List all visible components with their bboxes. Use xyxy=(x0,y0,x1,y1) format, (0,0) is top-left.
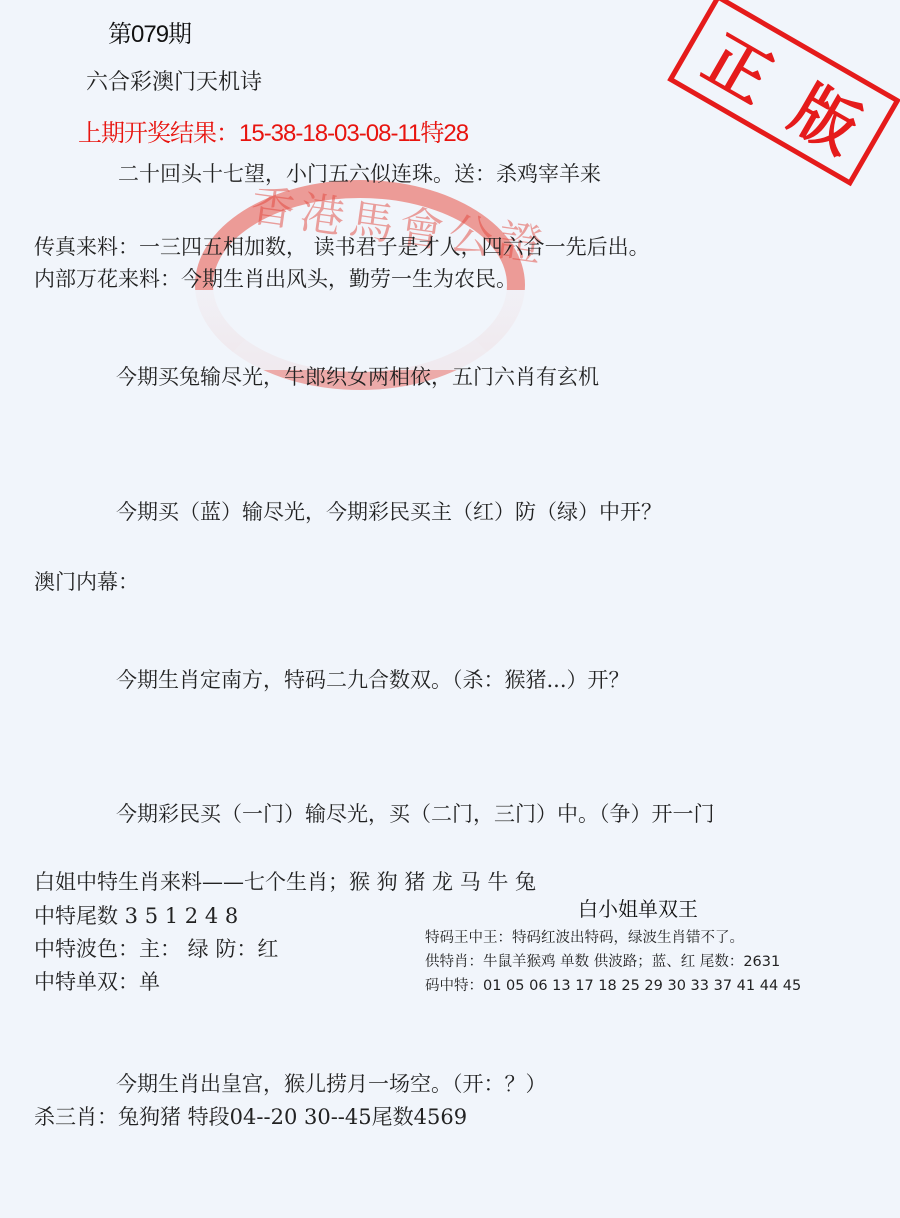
stamp-char-1: 正 xyxy=(690,9,791,121)
page-title: 六合彩澳门天机诗 xyxy=(86,65,262,96)
box-row-1: 特码王中王：特码红波出特码，绿波生肖错不了。 xyxy=(425,926,744,947)
kill-line: 杀三肖：兔狗猪 特段04--20 30--45尾数4569 xyxy=(34,1101,467,1131)
bai-zodiac-line: 白姐中特生肖来料——七个生肖；猴 狗 猪 龙 马 牛 兔 xyxy=(34,866,536,896)
buy-rabbit-line: 今期买兔输尽光，牛郎织女两相依，五门六肖有玄机 xyxy=(116,361,599,391)
issue-number: 第079期 xyxy=(108,14,191,49)
macau-label: 澳门内幕： xyxy=(34,566,139,596)
authentic-stamp: 正 版 xyxy=(667,0,900,186)
poem-line: 二十回头十七望，小门五六似连珠。送：杀鸡宰羊来 xyxy=(118,158,601,188)
last-result: 上期开奖结果：15-38-18-03-08-11特28 xyxy=(78,113,468,148)
inside-line: 内部万花来料：今期生肖出风头，勤劳一生为农民。 xyxy=(34,263,517,293)
box-title: 白小姐单双王 xyxy=(578,893,698,922)
seal-fade xyxy=(100,290,800,370)
box-row-2: 供特肖：牛鼠羊猴鸡 单数 供波路；蓝、红 尾数：2631 xyxy=(425,950,780,971)
buy-blue-line: 今期买（蓝）输尽光，今期彩民买主（红）防（绿）中开？ xyxy=(116,496,662,526)
odd-even-line: 中特单双：单 xyxy=(34,966,160,996)
palace-line: 今期生肖出皇宫，猴儿捞月一场空。（开：？） xyxy=(116,1068,547,1098)
box-row-3: 码中特：01 05 06 13 17 18 25 29 30 33 37 41 … xyxy=(425,974,801,995)
stamp-char-2: 版 xyxy=(777,59,878,171)
south-line: 今期生肖定南方，特码二九合数双。（杀：猴猪...）开？ xyxy=(116,664,630,694)
tail-line: 中特尾数 3 5 1 2 4 8 xyxy=(34,900,238,930)
wave-line: 中特波色：主： 绿 防：红 xyxy=(34,933,278,963)
gate-line: 今期彩民买（一门）输尽光，买（二门，三门）中。（争）开一门 xyxy=(116,798,715,828)
fax-line: 传真来料：一三四五相加数， 读书君子是才人，四六合一先后出。 xyxy=(34,231,650,261)
